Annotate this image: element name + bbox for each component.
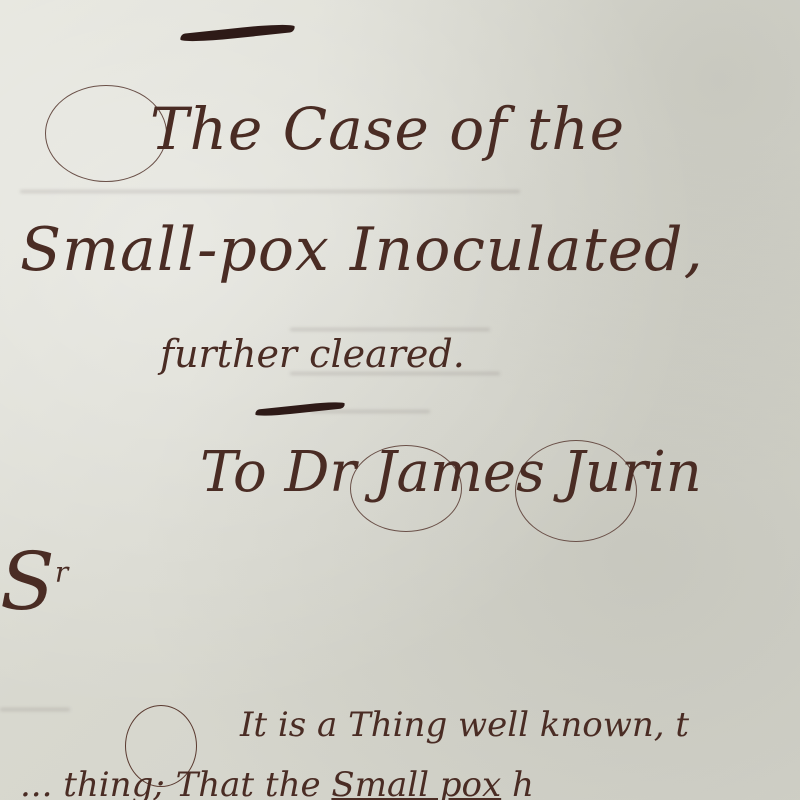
title-flourish [45, 85, 167, 182]
title-line-3: further cleared. [160, 332, 465, 376]
dedication-line: To Dr James Jurin [200, 440, 702, 505]
bleed-through-line [0, 708, 70, 711]
body-line-2-prefix: ... thing; That the [20, 765, 331, 800]
salutation-superscript: r [55, 555, 68, 588]
title-line-2: Small-pox Inoculated, [20, 215, 704, 285]
body-line-2-underlined: Small pox [331, 765, 501, 800]
dedication-swash [255, 400, 345, 417]
body-line-1: It is a Thing well known, t [240, 705, 689, 745]
title-swash [180, 22, 295, 44]
salutation: Sr [0, 535, 68, 628]
bleed-through-line [310, 410, 430, 413]
body-line-2: ... thing; That the Small pox h [20, 765, 534, 800]
title-line-1: The Case of the [150, 95, 625, 163]
salutation-letter: S [0, 535, 55, 628]
body-line-2-suffix: h [501, 765, 534, 800]
bleed-through-line [290, 328, 490, 331]
manuscript-page: The Case of the Small-pox Inoculated, fu… [0, 0, 800, 800]
bleed-through-line [20, 190, 520, 193]
